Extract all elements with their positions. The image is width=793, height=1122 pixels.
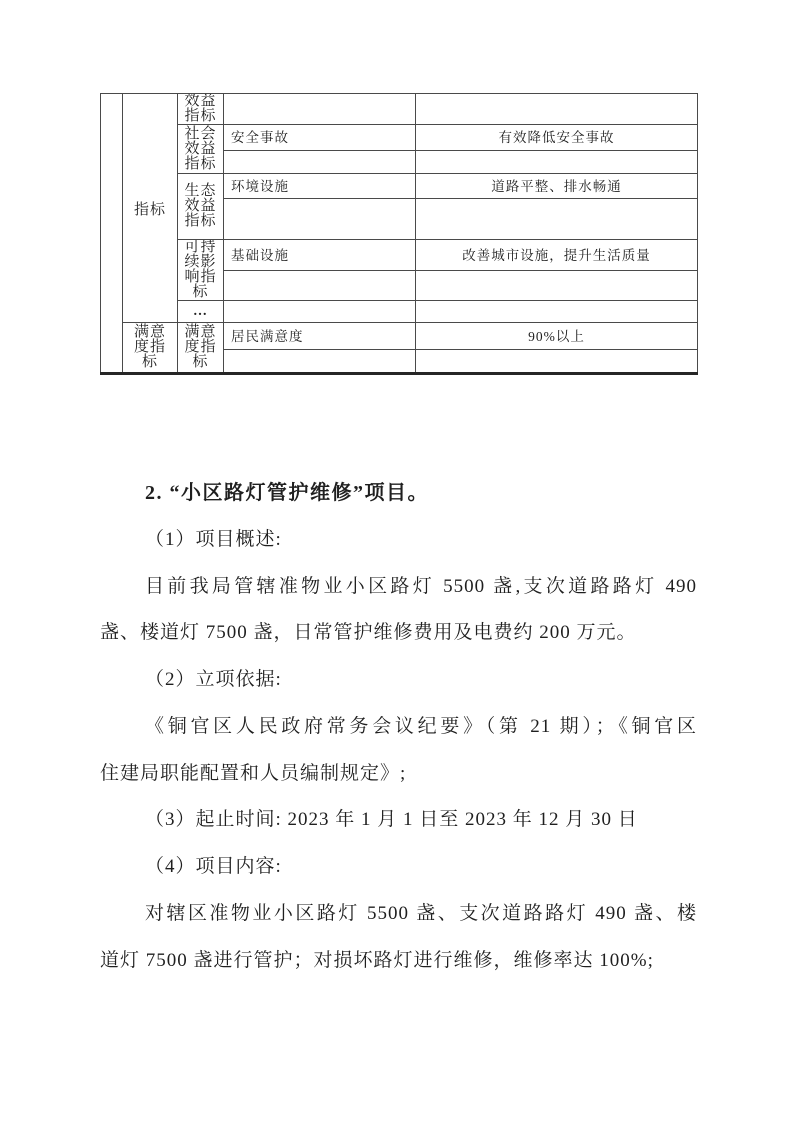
cell-empty bbox=[416, 301, 698, 323]
cell-empty bbox=[224, 350, 416, 374]
cell-social-benefit-indicator: 社会效益指标 bbox=[178, 125, 224, 174]
cell-empty bbox=[416, 199, 698, 240]
body-line-overview-1: 目前我局管辖准物业小区路灯 5500 盏,支次道路路灯 490 bbox=[145, 564, 697, 611]
cell-eco-item: 环境设施 bbox=[224, 174, 416, 199]
cell-social-item: 安全事故 bbox=[224, 125, 416, 151]
body-line-content-2: 道灯 7500 盏进行管护；对损坏路灯进行维修，维修率达 100%; bbox=[100, 938, 697, 985]
cell-empty bbox=[224, 94, 416, 125]
body-line-basis-label: （2）立项依据: bbox=[145, 657, 697, 704]
indicator-table: 指标 效益指标 社会效益指标 安全事故 有效降低安全事故 生态效益指标 环境设施… bbox=[100, 93, 698, 375]
document-page: 指标 效益指标 社会效益指标 安全事故 有效降低安全事故 生态效益指标 环境设施… bbox=[0, 0, 793, 1122]
section-body: 2. “小区路灯管护维修”项目。 （1）项目概述: 目前我局管辖准物业小区路灯 … bbox=[100, 470, 697, 984]
body-line-basis-1: 《铜官区人民政府常务会议纪要》（第 21 期）；《铜官区 bbox=[145, 704, 697, 751]
cell-eco-benefit-indicator: 生态效益指标 bbox=[178, 174, 224, 240]
cell-sustain-value: 改善城市设施，提升生活质量 bbox=[416, 240, 698, 271]
cell-empty bbox=[416, 151, 698, 174]
table-left-spacer-cell bbox=[101, 94, 123, 374]
cell-empty bbox=[416, 271, 698, 301]
cell-empty bbox=[224, 199, 416, 240]
cell-indicator-group: 指标 bbox=[123, 94, 178, 323]
body-line-content-label: （4）项目内容: bbox=[145, 844, 697, 891]
body-line-basis-2: 住建局职能配置和人员编制规定》; bbox=[100, 751, 697, 798]
cell-empty bbox=[416, 350, 698, 374]
cell-satisfaction-item: 居民满意度 bbox=[224, 323, 416, 350]
body-line-content-1: 对辖区准物业小区路灯 5500 盏、支次道路路灯 490 盏、楼 bbox=[145, 891, 697, 938]
cell-empty bbox=[416, 94, 698, 125]
cell-ellipsis: … bbox=[178, 301, 224, 323]
cell-satisfaction-group: 满意度指标 bbox=[123, 323, 178, 374]
section-heading: 2. “小区路灯管护维修”项目。 bbox=[145, 470, 697, 517]
cell-sustain-impact-indicator: 可持续影响指标 bbox=[178, 240, 224, 301]
cell-social-value: 有效降低安全事故 bbox=[416, 125, 698, 151]
cell-empty bbox=[224, 301, 416, 323]
cell-benefit-indicator: 效益指标 bbox=[178, 94, 224, 125]
cell-empty bbox=[224, 271, 416, 301]
body-line-duration: （3）起止时间: 2023 年 1 月 1 日至 2023 年 12 月 30 … bbox=[145, 797, 697, 844]
cell-sustain-item: 基础设施 bbox=[224, 240, 416, 271]
cell-satisfaction-value: 90%以上 bbox=[416, 323, 698, 350]
body-line-overview-label: （1）项目概述: bbox=[145, 517, 697, 564]
cell-empty bbox=[224, 151, 416, 174]
body-line-overview-2: 盏、楼道灯 7500 盏，日常管护维修费用及电费约 200 万元。 bbox=[100, 610, 697, 657]
cell-eco-value: 道路平整、排水畅通 bbox=[416, 174, 698, 199]
cell-satisfaction-indicator: 满意度指标 bbox=[178, 323, 224, 374]
